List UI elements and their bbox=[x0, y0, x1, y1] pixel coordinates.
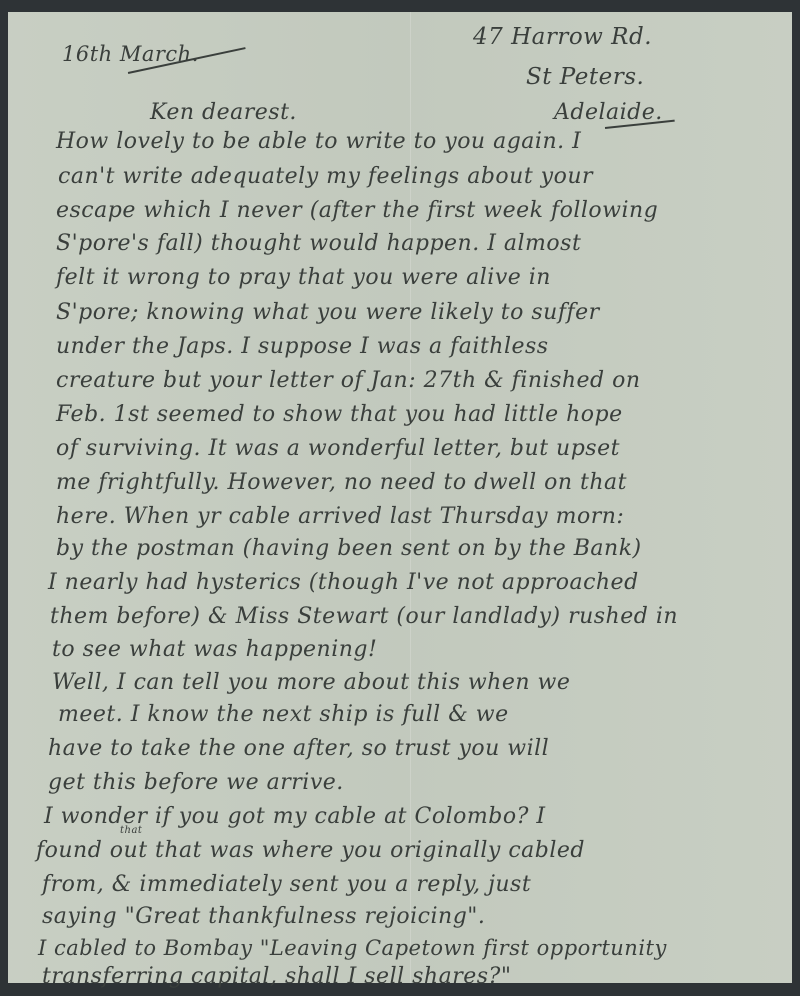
body-line-25: I cabled to Bombay "Leaving Capetown fir… bbox=[38, 936, 667, 960]
body-line-4: S'pore's fall) thought would happen. I a… bbox=[56, 231, 581, 256]
body-line-24: saying "Great thankfulness rejoicing". bbox=[42, 904, 485, 929]
body-line-19: have to take the one after, so trust you… bbox=[48, 736, 549, 761]
body-line-2: can't write adequately my feelings about… bbox=[58, 164, 593, 189]
letter-page: 16th March. 47 Harrow Rd. St Peters. Ade… bbox=[8, 12, 792, 983]
body-line-6: S'pore; knowing what you were likely to … bbox=[56, 300, 600, 325]
body-line-15: them before) & Miss Stewart (our landlad… bbox=[50, 604, 678, 629]
body-line-18: meet. I know the next ship is full & we bbox=[58, 702, 509, 727]
body-line-5: felt it wrong to pray that you were aliv… bbox=[56, 265, 551, 290]
body-line-11: me frightfully. However, no need to dwel… bbox=[56, 470, 627, 495]
body-line-23: from, & immediately sent you a reply, ju… bbox=[42, 872, 531, 897]
body-line-12: here. When yr cable arrived last Thursda… bbox=[56, 504, 624, 529]
body-line-16: to see what was happening! bbox=[52, 637, 377, 662]
body-line-8: creature but your letter of Jan: 27th & … bbox=[56, 368, 641, 393]
address-line-1: 47 Harrow Rd. bbox=[473, 24, 652, 50]
body-line-10: of surviving. It was a wonderful letter,… bbox=[56, 436, 620, 461]
body-line-1: How lovely to be able to write to you ag… bbox=[56, 129, 581, 154]
body-line-3: escape which I never (after the first we… bbox=[56, 198, 658, 223]
body-line-7: under the Japs. I suppose I was a faithl… bbox=[56, 334, 549, 359]
body-line-26: transferring capital, shall I sell share… bbox=[42, 964, 511, 989]
body-line-17: Well, I can tell you more about this whe… bbox=[52, 670, 570, 695]
body-line-14: I nearly had hysterics (though I've not … bbox=[48, 570, 639, 595]
salutation: Ken dearest. bbox=[150, 100, 297, 125]
body-line-20: get this before we arrive. bbox=[48, 770, 344, 795]
insertion-note: that bbox=[120, 825, 142, 836]
address-line-3: Adelaide. bbox=[554, 100, 663, 125]
body-line-22: found out that was where you originally … bbox=[36, 838, 585, 863]
address-line-2: St Peters. bbox=[526, 64, 644, 90]
body-line-9: Feb. 1st seemed to show that you had lit… bbox=[56, 402, 623, 427]
body-line-13: by the postman (having been sent on by t… bbox=[56, 536, 642, 561]
